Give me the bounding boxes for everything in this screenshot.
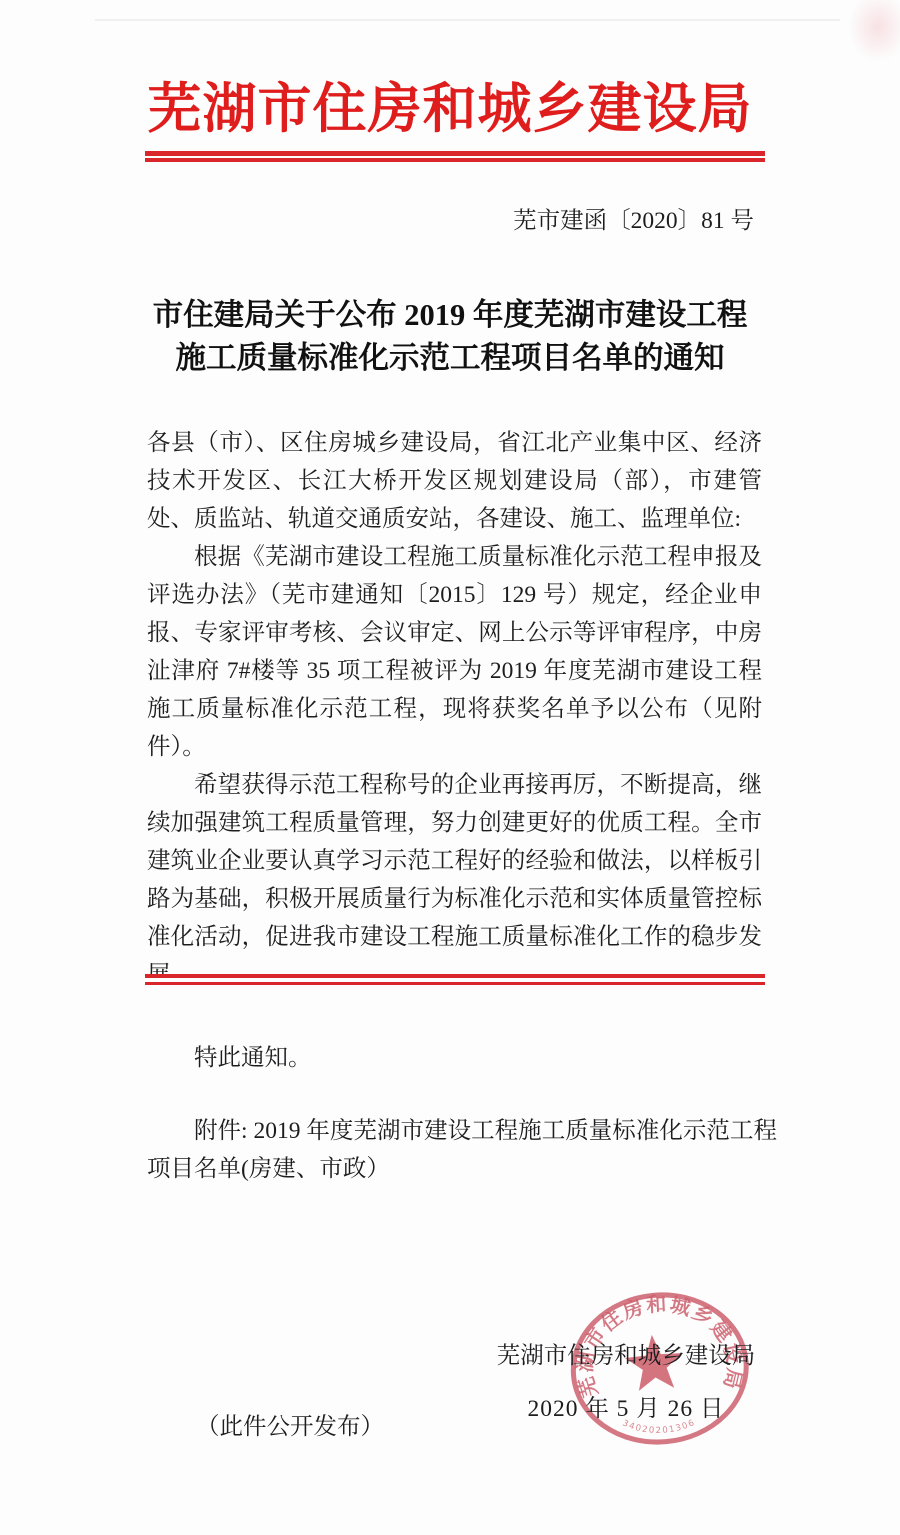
notice-title-line1: 市住建局关于公布 2019 年度芜湖市建设工程 [80,294,820,337]
notice-title-line2: 施工质量标准化示范工程项目名单的通知 [80,337,820,380]
paragraph-basis: 根据《芜湖市建设工程施工质量标准化示范工程申报及评选办法》（芜市建通知〔2015… [147,538,762,766]
paragraph-salutation: 各县（市）、区住房城乡建设局，省江北产业集中区、经济技术开发区、长江大桥开发区规… [147,424,762,538]
letterhead-red-rule [145,151,765,162]
scan-smudge-artifact [848,0,900,62]
signature-block: 芜湖市住房和城乡建设局 2020 年 5 月 26 日 [446,1336,806,1423]
signature-org: 芜湖市住房和城乡建设局 [446,1336,806,1370]
signature-date: 2020 年 5 月 26 日 [446,1389,806,1423]
footer-red-rule [145,974,765,985]
scanned-notice-page: 芜湖市住房和城乡建设局 芜市建函〔2020〕81 号 市住建局关于公布 2019… [0,0,900,1535]
attachment-line: 附件: 2019 年度芜湖市建设工程施工质量标准化示范工程项目名单(房建、市政） [147,1112,777,1188]
paragraph-hope: 希望获得示范工程称号的企业再接再厉，不断提高，继续加强建筑工程质量管理，努力创建… [147,766,762,994]
notice-body: 各县（市）、区住房城乡建设局，省江北产业集中区、经济技术开发区、长江大桥开发区规… [147,424,762,994]
letterhead-title: 芜湖市住房和城乡建设局 [0,66,900,143]
notice-title: 市住建局关于公布 2019 年度芜湖市建设工程 施工质量标准化示范工程项目名单的… [80,294,820,380]
closing-line: 特此通知。 [147,1038,762,1072]
public-release-note: （此件公开发布） [196,1407,384,1441]
scan-edge-artifact [95,19,840,21]
document-number: 芜市建函〔2020〕81 号 [513,201,754,235]
